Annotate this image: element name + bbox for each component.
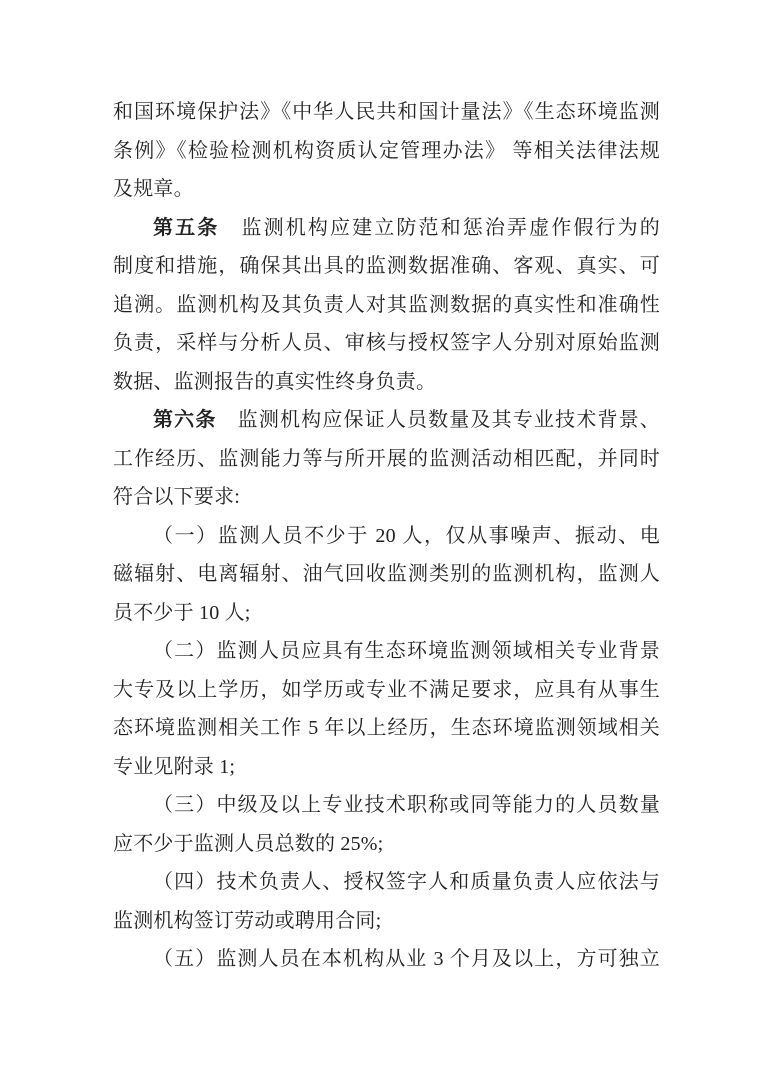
article-number: 第六条 — [153, 409, 217, 431]
article-number: 第五条 — [153, 217, 219, 239]
text-line: （一）监测人员不少于 20 人，仅从事噪声、振动、电 — [113, 517, 660, 556]
text-line: 员不少于 10 人; — [113, 594, 660, 633]
text-line: 追溯。监测机构及其负责人对其监测数据的真实性和准确性 — [113, 286, 660, 325]
text-line: 符合以下要求: — [113, 478, 660, 517]
text-line: 应不少于监测人员总数的 25%; — [113, 825, 660, 864]
text-line: 负责，采样与分析人员、审核与授权签字人分别对原始监测 — [113, 324, 660, 363]
text-line: 大专及以上学历，如学历或专业不满足要求，应具有从事生 — [113, 671, 660, 710]
text-line: 第六条 监测机构应保证人员数量及其专业技术背景、 — [113, 401, 660, 440]
text-line: 数据、监测报告的真实性终身负责。 — [113, 363, 660, 402]
text-line: 磁辐射、电离辐射、油气回收监测类别的监测机构，监测人 — [113, 555, 660, 594]
text-line: （四）技术负责人、授权签字人和质量负责人应依法与 — [113, 863, 660, 902]
text-line: （三）中级及以上专业技术职称或同等能力的人员数量 — [113, 786, 660, 825]
text-line: （二）监测人员应具有生态环境监测领域相关专业背景 — [113, 632, 660, 671]
text-line: 监测机构签订劳动或聘用合同; — [113, 902, 660, 941]
text-line: 制度和措施，确保其出具的监测数据准确、客观、真实、可 — [113, 247, 660, 286]
text-line: 及规章。 — [113, 170, 660, 209]
text-line: 态环境监测相关工作 5 年以上经历，生态环境监测领域相关 — [113, 709, 660, 748]
document-page: 和国环境保护法》《中华人民共和国计量法》《生态环境监测条例》《检验检测机构资质认… — [0, 0, 762, 1078]
text-line: 第五条 监测机构应建立防范和惩治弄虚作假行为的 — [113, 209, 660, 248]
text-line: 专业见附录 1; — [113, 748, 660, 787]
text-line: 和国环境保护法》《中华人民共和国计量法》《生态环境监测 — [113, 93, 660, 132]
page-body: 和国环境保护法》《中华人民共和国计量法》《生态环境监测条例》《检验检测机构资质认… — [113, 93, 660, 979]
text-line: （五）监测人员在本机构从业 3 个月及以上，方可独立 — [113, 940, 660, 979]
text-line: 工作经历、监测能力等与所开展的监测活动相匹配，并同时 — [113, 440, 660, 479]
text-line: 条例》《检验检测机构资质认定管理办法》 等相关法律法规 — [113, 132, 660, 171]
